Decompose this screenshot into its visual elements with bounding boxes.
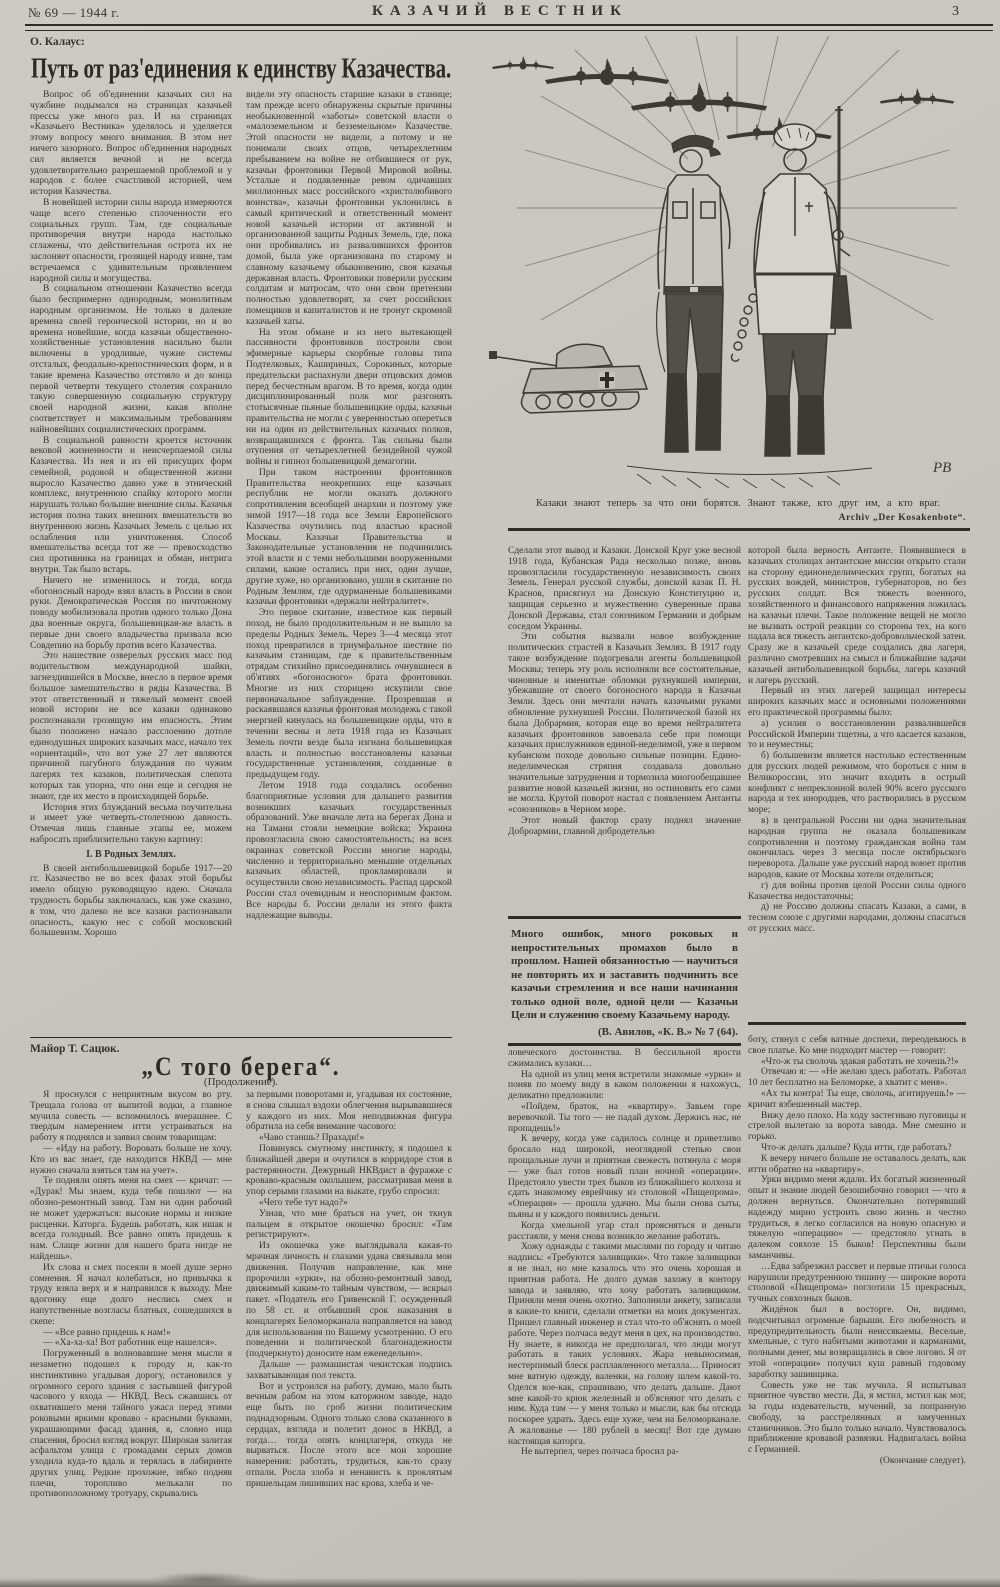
paragraph: Когда хмельной угар стал проясняться и д…	[508, 1221, 741, 1243]
paragraph: При таком настроении фронтовиков Правите…	[246, 468, 452, 608]
article2-column-4: боту, стянул с себя ватные доспехи, пере…	[748, 1035, 966, 1584]
paragraph: Что-ж делать дальше? Куда итти, где рабо…	[748, 1143, 966, 1154]
paragraph: ловеческого достоинства. В бессильной яр…	[508, 1048, 741, 1070]
paragraph: I. В Родных Землях.	[30, 850, 232, 861]
paragraph: …Едва забрезжил рассвет и первые птичьи …	[748, 1262, 966, 1305]
paragraph: Это нашествие озверелых русских масс под…	[30, 651, 232, 802]
broken-chain-icon	[731, 294, 757, 361]
paragraph: видели эту опасность старшие казаки в ст…	[246, 90, 452, 328]
paragraph: На одной из улиц меня встретили знакомые…	[508, 1070, 741, 1102]
paragraph: Из окошечка уже выглядывала какая-то мра…	[246, 1241, 452, 1360]
paragraph: — «Иду на работу. Воровать больше не хоч…	[30, 1144, 232, 1176]
paragraph: — «Все равно придешь к нам!»	[30, 1328, 232, 1339]
paragraph: Узнав, что мне браться на учет, он ткнув…	[246, 1209, 452, 1241]
paragraph: Те подняли опять меня на смех — кричат: …	[30, 1176, 232, 1262]
paragraph: — «Ха-ха-ха! Вот работник еще нашелся».	[30, 1338, 232, 1349]
paragraph: Погруженный в волновавшие меня мысли я н…	[30, 1349, 232, 1500]
illustration-credit: Archiv „Der Kosakenbote“.	[508, 513, 966, 523]
paragraph: Этот новый фактор сразу поднял значение …	[508, 816, 741, 838]
paragraph: Совесть уже не так мучила. Я испытывал п…	[748, 1381, 966, 1457]
article2-subtitle: (Продолжение).	[25, 1076, 457, 1088]
article1-byline: О. Калаус:	[30, 36, 85, 48]
paragraph: Не вытерпел, через полчаса бросил ра-	[508, 1447, 741, 1458]
paragraph: Сделали этот вывод и Казаки. Донской Кру…	[508, 546, 741, 632]
paragraph: б) большевизм является настолько естеств…	[748, 751, 966, 816]
masthead-title: КАЗАЧИЙ ВЕСТНИК	[0, 3, 1000, 20]
paragraph: боту, стянул с себя ватные доспехи, пере…	[748, 1035, 966, 1057]
paragraph: Вот и устроился на работу, думаю, мало б…	[246, 1382, 452, 1490]
paragraph: которой была верность Антанте. Появившие…	[748, 546, 966, 686]
cossack-figures-drawing	[627, 106, 872, 488]
article1-title: Путь от раз'единения к единству Казачест…	[25, 52, 457, 86]
newspaper-page: № 69 — 1944 г. КАЗАЧИЙ ВЕСТНИК 3 О. Кала…	[0, 0, 1000, 1587]
paragraph: Это первое скитание, известное как первы…	[246, 608, 452, 781]
paragraph: На этом обмане и из него вытекающей пасс…	[246, 328, 452, 468]
paragraph: Я проснулся с неприятным вкусом во рту. …	[30, 1090, 232, 1144]
paragraph: «Чаво станшь? Прахади!»	[246, 1133, 452, 1144]
paragraph: В социальной равности кроется источник в…	[30, 436, 232, 576]
quote-text: Много ошибок, много роковых и непростите…	[511, 928, 738, 1021]
masthead-rule-thick	[25, 24, 993, 26]
masthead-rule-thin	[25, 30, 993, 31]
quote-box: Много ошибок, много роковых и непростите…	[508, 916, 741, 1046]
paragraph: К вечеру, когда уже садилось солнце и пр…	[508, 1134, 741, 1220]
paragraph: Ничего не изменилось и тогда, когда «бог…	[30, 576, 232, 652]
paragraph: Урки видимо меня ждали. Их богатый жизне…	[748, 1175, 966, 1261]
cossacks-illustration: РВ	[487, 36, 972, 494]
article2-divider-rule	[30, 1037, 452, 1038]
quote-attribution: (В. Авилов, «К. В.» № 7 (64).	[511, 1026, 738, 1040]
paragraph: В своей антибольшевицкой борьбе 1917—20 …	[30, 864, 232, 940]
paragraph: а) усилия о восстановлении развалившейся…	[748, 719, 966, 751]
paragraph: Летом 1918 года создались особенно благо…	[246, 781, 452, 921]
paragraph: д) не Россию должны спасать Казаки, а са…	[748, 902, 966, 934]
article1-column-3: Сделали этот вывод и Казаки. Донской Кру…	[508, 546, 741, 914]
article1-column-4: которой была верность Антанте. Появившие…	[748, 546, 966, 1018]
paragraph: за первыми поворотами и, угадывая их сос…	[246, 1090, 452, 1133]
caption-divider-rule	[508, 528, 970, 531]
paragraph: Дальше — размашистая чекистская подпись …	[246, 1360, 452, 1382]
paragraph: Повинуясь смутному инстинкту, я подошел …	[246, 1144, 452, 1198]
paragraph: (Окончание следует).	[748, 1456, 966, 1467]
tank-drawing	[489, 344, 647, 413]
artist-signature: РВ	[932, 460, 951, 476]
paragraph: Отвечаю я: — «Не желаю здесь работать. Р…	[748, 1067, 966, 1089]
article2-column-3: ловеческого достоинства. В бессильной яр…	[508, 1048, 741, 1584]
article2-column-1: Я проснулся с неприятным вкусом во рту. …	[30, 1090, 232, 1584]
paragraph: Их слова и смех посеяли в моей душе зерн…	[30, 1263, 232, 1328]
illustration-caption: Казаки знают теперь за что они борятся. …	[508, 498, 968, 509]
paragraph: Жидёнок был в восторге. Он, видимо, подс…	[748, 1305, 966, 1381]
paragraph: Хожу однажды с такими мыслями по городу …	[508, 1242, 741, 1447]
german-cross-icon	[599, 372, 615, 388]
paragraph: «Ах ты контра! Ты еще, сволочь, агитируе…	[748, 1089, 966, 1111]
article1-column-2: видели эту опасность старшие казаки в ст…	[246, 90, 452, 1032]
airplanes-drawing	[492, 56, 954, 140]
paragraph: в) в центральной России ни одна значител…	[748, 816, 966, 881]
scan-bottom-edge	[0, 1578, 1000, 1587]
article1-column-1: Вопрос об об'единении казачьих сил на чу…	[30, 90, 232, 1032]
paragraph: Вопрос об об'единении казачьих сил на чу…	[30, 90, 232, 198]
paragraph: Вижу дело плохо. На ходу застегиваю пуго…	[748, 1111, 966, 1143]
masthead-page-number: 3	[952, 4, 959, 20]
paragraph: г) для войны против целой России силы од…	[748, 881, 966, 903]
column4-divider-rule	[748, 1022, 966, 1025]
paragraph: В новейшей истории силы народа измеряютс…	[30, 198, 232, 284]
article2-column-2: за первыми поворотами и, угадывая их сос…	[246, 1090, 452, 1584]
paragraph: «Чего тебе тут надо?»	[246, 1198, 452, 1209]
paragraph: «Пойдем, браток, на «квартиру». Завьем г…	[508, 1102, 741, 1134]
paragraph: История этих блужданий весьма поучительн…	[30, 803, 232, 846]
paragraph: Эти события вызвали новое возбуждение по…	[508, 632, 741, 816]
paragraph: В социальном отношении Казачество всегда…	[30, 284, 232, 435]
paragraph: К вечеру ничего больше не оставалось дел…	[748, 1154, 966, 1176]
paragraph: Первый из этих лагерей защищал интересы …	[748, 686, 966, 718]
paragraph: «Что-ж ты сволочь эдакая работать не хоч…	[748, 1057, 966, 1068]
